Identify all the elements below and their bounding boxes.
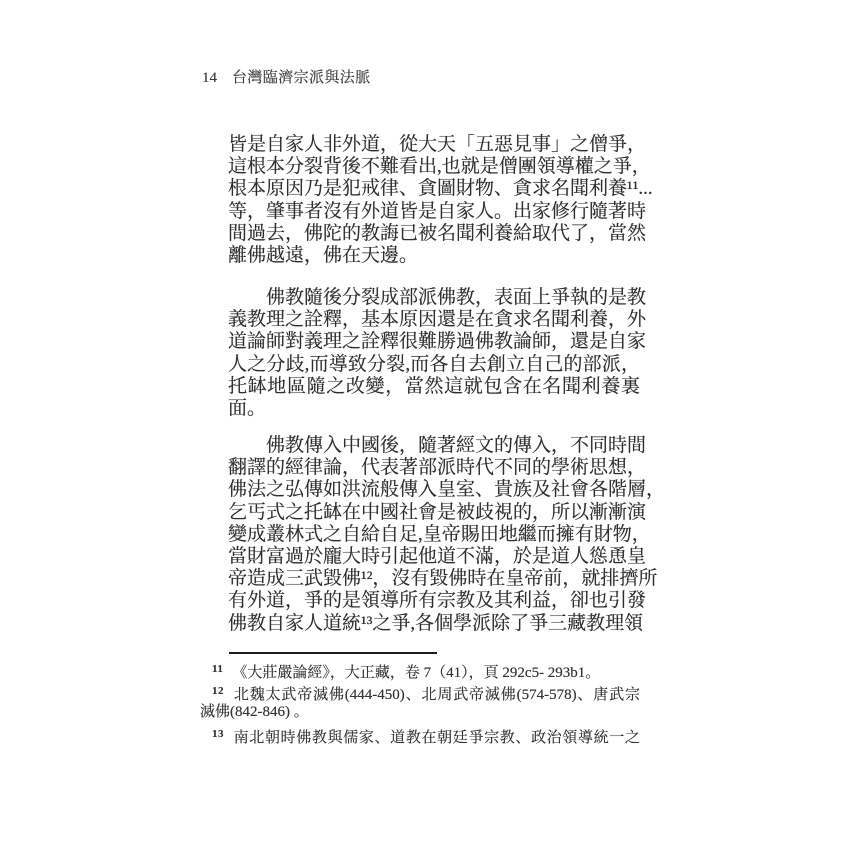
text-line: 變成叢林式之自給自足,皇帝賜田地繼而擁有財物， bbox=[228, 524, 640, 546]
paragraph-2: 佛教隨後分裂成部派佛教，表面上爭執的是教 義教理之詮釋，基本原因還是在貪求名聞利… bbox=[228, 287, 640, 420]
footnote-marker: 12 bbox=[212, 685, 224, 697]
footnote-12-continued: 滅佛(842-846) 。 bbox=[200, 702, 640, 724]
footnote-text: 北魏太武帝滅佛(444-450)、北周武帝滅佛(574-578)、唐武宗 bbox=[233, 687, 640, 703]
text-line: 乞丐式之托缽在中國社會是被歧視的，所以漸漸演 bbox=[228, 502, 640, 524]
text-line: 義教理之詮釋，基本原因還是在貪求名聞利養，外 bbox=[228, 309, 640, 331]
text-line: 人之分歧,而導致分裂,而各自去創立自己的部派， bbox=[228, 354, 640, 376]
text-line: 佛教傳入中國後，隨著經文的傳入，不同時間 bbox=[228, 435, 640, 457]
text-line: 間過去，佛陀的教誨已被名聞利養給取代了，當然 bbox=[228, 223, 640, 245]
running-title: 台灣臨濟宗派與法脈 bbox=[232, 66, 371, 87]
text-line: 道論師對義理之詮釋很難勝過佛教論師，還是自家 bbox=[228, 331, 640, 353]
footnote-12: 12北魏太武帝滅佛(444-450)、北周武帝滅佛(574-578)、唐武宗 bbox=[200, 681, 640, 703]
text-line: 等，肇事者沒有外道皆是自家人。出家修行隨著時 bbox=[228, 201, 640, 223]
text-line: 這根本分裂背後不難看出,也就是僧團領導權之爭， bbox=[228, 156, 640, 178]
text-line: 皆是自家人非外道，從大天「五惡見事」之僧爭， bbox=[228, 134, 640, 156]
text-line: 帝造成三武毀佛¹²，沒有毀佛時在皇帝前，就排擠所 bbox=[228, 568, 640, 590]
footnote-text: 《大莊嚴論經》，大正藏，卷 7（41），頁 292c5- 293b1。 bbox=[232, 665, 600, 681]
page-number: 14 bbox=[202, 70, 217, 87]
text-line: 有外道，爭的是領導所有宗教及其利益，卻也引發 bbox=[228, 590, 640, 612]
footnote-11: 11《大莊嚴論經》，大正藏，卷 7（41），頁 292c5- 293b1。 bbox=[200, 659, 640, 681]
footnote-marker: 13 bbox=[212, 728, 224, 740]
text-line: 翻譯的經律論，代表著部派時代不同的學術思想， bbox=[228, 457, 640, 479]
footnote-marker: 11 bbox=[212, 663, 223, 675]
text-line: 佛法之弘傳如洪流般傳入皇室、貴族及社會各階層， bbox=[228, 479, 640, 501]
text-line: 佛教隨後分裂成部派佛教，表面上爭執的是教 bbox=[228, 287, 640, 309]
text-line: 根本原因乃是犯戒律、貪圖財物、貪求名聞利養¹¹... bbox=[228, 178, 640, 200]
text-line: 托缽地區隨之改變，當然這就包含在名聞利養裏 bbox=[228, 376, 640, 398]
footnote-text: 滅佛(842-846) 。 bbox=[200, 704, 309, 720]
text-line: 當財富過於龐大時引起他道不滿，於是道人慫恿皇 bbox=[228, 546, 640, 568]
text-line: 面。 bbox=[228, 398, 640, 420]
book-page: 14 台灣臨濟宗派與法脈 皆是自家人非外道，從大天「五惡見事」之僧爭， 這根本分… bbox=[0, 0, 850, 850]
text-line: 離佛越遠，佛在天邊。 bbox=[228, 245, 640, 267]
paragraph-1: 皆是自家人非外道，從大天「五惡見事」之僧爭， 這根本分裂背後不難看出,也就是僧團… bbox=[228, 134, 640, 267]
paragraph-3: 佛教傳入中國後，隨著經文的傳入，不同時間 翻譯的經律論，代表著部派時代不同的學術… bbox=[228, 435, 640, 635]
footnote-divider bbox=[229, 652, 437, 654]
running-head: 14 台灣臨濟宗派與法脈 bbox=[202, 66, 371, 87]
footnotes: 11《大莊嚴論經》，大正藏，卷 7（41），頁 292c5- 293b1。 12… bbox=[200, 659, 640, 746]
text-line: 佛教自家人道統¹³之爭,各個學派除了爭三藏教理領 bbox=[228, 613, 640, 635]
footnote-text: 南北朝時佛教與儒家、道教在朝廷爭宗教、政治領導統一之 bbox=[233, 730, 640, 746]
footnote-13: 13南北朝時佛教與儒家、道教在朝廷爭宗教、政治領導統一之 bbox=[200, 724, 640, 746]
